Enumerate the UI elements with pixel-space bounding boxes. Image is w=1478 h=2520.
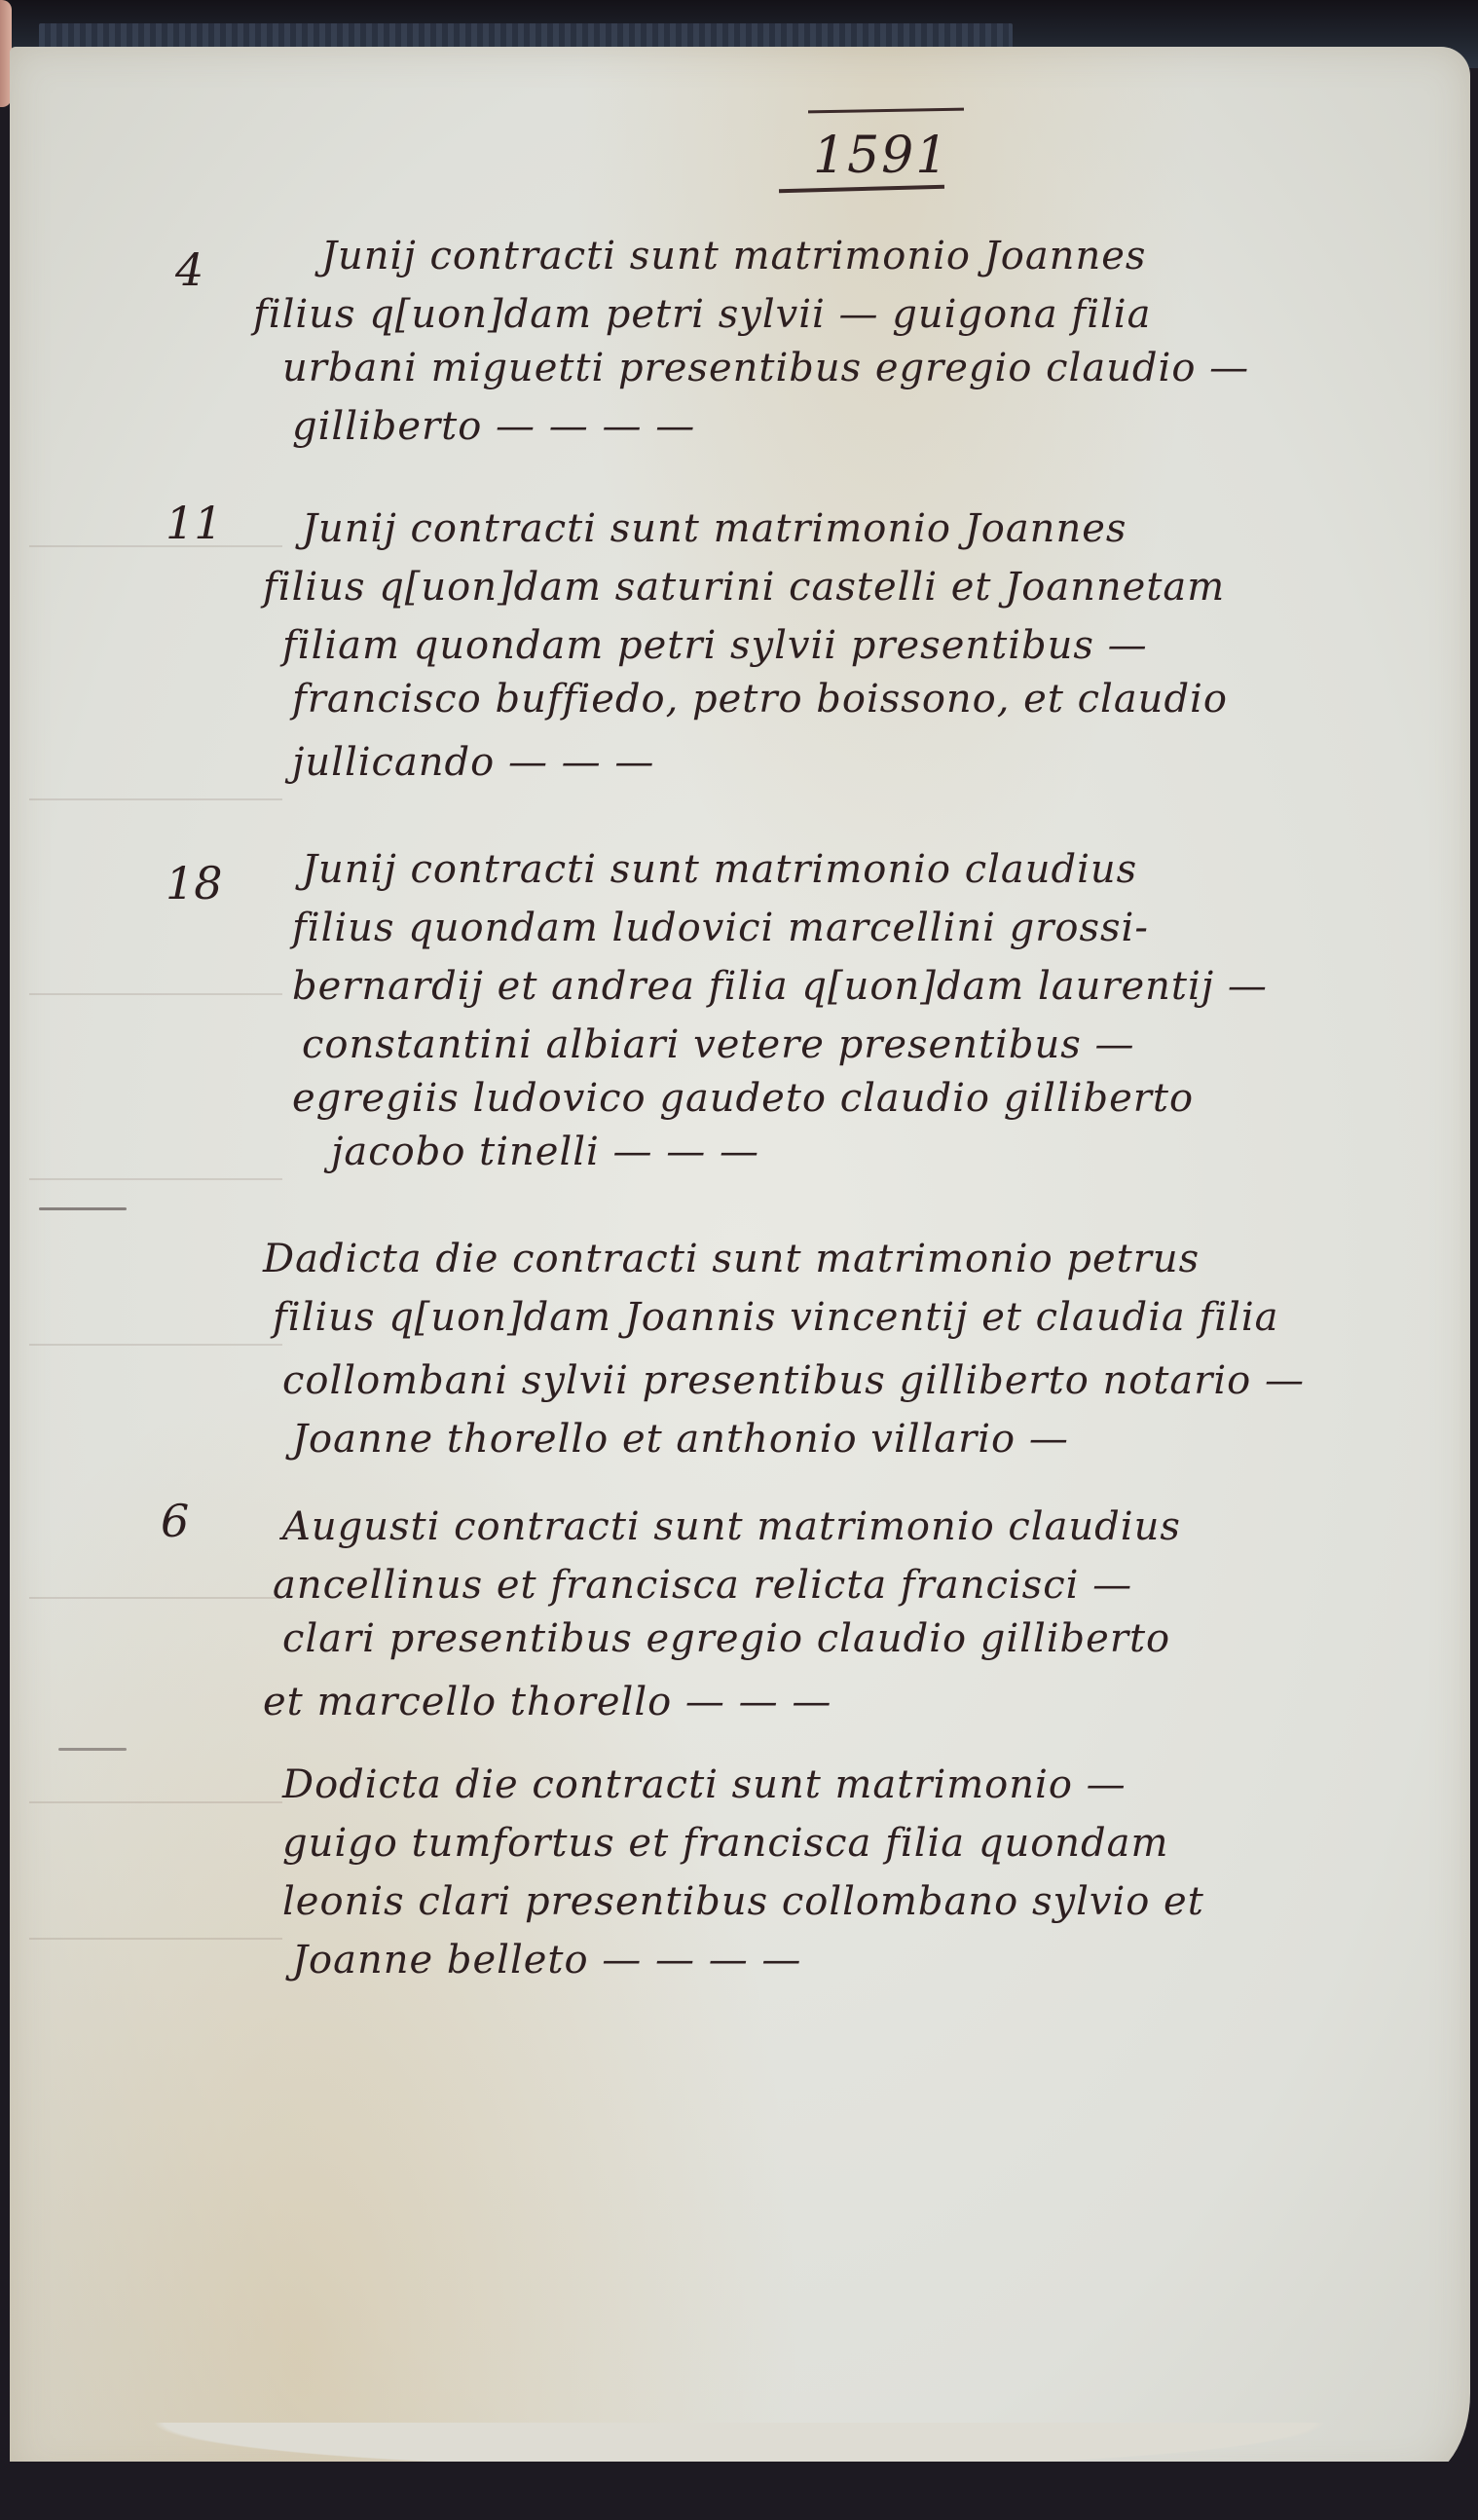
entry-line: gilliberto — — — —: [292, 404, 695, 449]
entry-line: Augusti contracti sunt matrimonio claudi…: [282, 1504, 1181, 1549]
bleed-through-line: [29, 1801, 282, 1803]
bleed-through-line: [29, 798, 282, 800]
entry-line: Joanne thorello et anthonio villario —: [292, 1417, 1069, 1462]
margin-date: 6: [161, 1495, 189, 1547]
bleed-through-line: [29, 1344, 282, 1346]
entry-line: Junij contracti sunt matrimonio Joannes: [321, 234, 1146, 278]
entry-line: Junij contracti sunt matrimonio claudius: [302, 847, 1137, 892]
entry-line: filiam quondam petri sylvii presentibus …: [282, 623, 1148, 668]
entry-line: jullicando — — —: [292, 740, 654, 785]
margin-mark: [58, 1748, 127, 1751]
entry-line: filius q[uon]dam saturini castelli et Jo…: [263, 565, 1225, 610]
margin-date: 4: [175, 243, 203, 296]
entry-line: filius q[uon]dam petri sylvii — guigona …: [253, 292, 1151, 337]
bleed-through-line: [29, 545, 282, 547]
entry-line: guigo tumfortus et francisca filia quond…: [282, 1821, 1168, 1866]
entry-line: constantini albiari vetere presentibus —: [302, 1022, 1134, 1067]
entry-line: clari presentibus egregio claudio gillib…: [282, 1616, 1170, 1661]
bleed-through-line: [29, 993, 282, 995]
entry-line: Joanne belleto — — — —: [292, 1938, 801, 1983]
margin-date: 18: [166, 857, 223, 909]
entry-line: ancellinus et francisca relicta francisc…: [273, 1563, 1132, 1608]
entry-line: bernardij et andrea filia q[uon]dam laur…: [292, 964, 1268, 1009]
bleed-through-line: [29, 1178, 282, 1180]
entry-line: filius quondam ludovici marcellini gross…: [292, 906, 1149, 950]
entry-line: urbani miguetti presentibus egregio clau…: [282, 346, 1249, 390]
entry-line: Junij contracti sunt matrimonio Joannes: [302, 506, 1127, 551]
entry-line: Dadicta die contracti sunt matrimonio pe…: [263, 1237, 1200, 1281]
entry-line: Dodicta die contracti sunt matrimonio —: [282, 1762, 1127, 1807]
entry-line: francisco buffiedo, petro boissono, et c…: [292, 677, 1228, 722]
entry-line: collombani sylvii presentibus gilliberto…: [282, 1358, 1305, 1403]
year-heading: 1591: [813, 127, 949, 185]
bleed-through-line: [29, 1938, 282, 1940]
entry-line: leonis clari presentibus collombano sylv…: [282, 1879, 1204, 1924]
entry-line: egregiis ludovico gaudeto claudio gillib…: [292, 1076, 1194, 1121]
margin-mark: [39, 1207, 127, 1210]
bleed-through-line: [29, 1597, 282, 1599]
entry-line: jacobo tinelli — — —: [331, 1130, 759, 1174]
margin-date: 11: [166, 497, 223, 549]
entry-line: et marcello thorello — — —: [263, 1680, 831, 1724]
entry-line: filius q[uon]dam Joannis vincentij et cl…: [273, 1295, 1278, 1340]
book-binding-bottom: [0, 2462, 1478, 2520]
